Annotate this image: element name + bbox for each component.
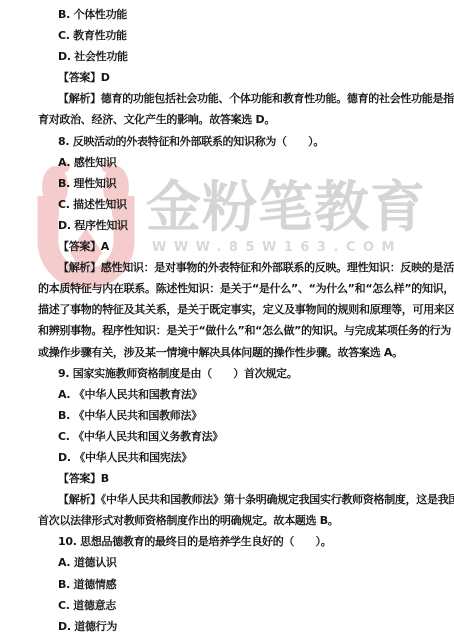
- text-line: 描述了事物的特征及其关系，是关于既定事实，定义及事物间的规则和原理等，可用来区别: [0, 299, 454, 320]
- text-line: A. 感性知识: [0, 152, 454, 173]
- text-line: B. 《中华人民共和国教师法》: [0, 405, 454, 426]
- text-line: 【答案】A: [0, 236, 454, 257]
- text-line: 8. 反映活动的外表特征和外部联系的知识称为（ ）。: [0, 131, 454, 152]
- text-line: 【解析】德育的功能包括社会功能、个体功能和教育性功能。德育的社会性功能是指德: [0, 88, 454, 109]
- text-line: B. 道德情感: [0, 574, 454, 595]
- text-line: B. 理性知识: [0, 173, 454, 194]
- text-line: D. 社会性功能: [0, 46, 454, 67]
- text-line: 育对政治、经济、文化产生的影响。故答案选 D。: [0, 109, 454, 130]
- document-page: 金粉笔教育 WWW.85W163.COM B. 个体性功能C. 教育性功能D. …: [0, 0, 454, 640]
- text-line: C. 道德意志: [0, 595, 454, 616]
- document-body: B. 个体性功能C. 教育性功能D. 社会性功能【答案】D【解析】德育的功能包括…: [0, 0, 454, 640]
- text-line: 或操作步骤有关，涉及某一情境中解决具体问题的操作性步骤。故答案选 A。: [0, 342, 454, 363]
- text-line: B. 个体性功能: [0, 4, 454, 25]
- text-line: D. 程序性知识: [0, 215, 454, 236]
- text-line: A. 《中华人民共和国教育法》: [0, 384, 454, 405]
- text-line: 的本质特征与内在联系。陈述性知识：是关于“是什么”、“为什么”和“怎么样”的知识…: [0, 278, 454, 299]
- text-line: D. 道德行为: [0, 616, 454, 637]
- text-line: 【答案】B: [0, 468, 454, 489]
- text-line: 首次以法律形式对教师资格制度作出的明确规定。故本题选 B。: [0, 510, 454, 531]
- text-line: A. 道德认识: [0, 552, 454, 573]
- text-line: 10. 思想品德教育的最终目的是培养学生良好的（ ）。: [0, 531, 454, 552]
- text-line: 9. 国家实施教师资格制度是由（ ）首次规定。: [0, 363, 454, 384]
- text-line: C. 教育性功能: [0, 25, 454, 46]
- text-line: 【解析】感性知识：是对事物的外表特征和外部联系的反映。理性知识：反映的是活动: [0, 257, 454, 278]
- text-line: D. 《中华人民共和国宪法》: [0, 447, 454, 468]
- text-line: 【解析】《中华人民共和国教师法》第十条明确规定我国实行教师资格制度，这是我国: [0, 489, 454, 510]
- text-line: 和辨别事物。程序性知识：是关于“做什么”和“怎么做”的知识。与完成某项任务的行为: [0, 320, 454, 341]
- text-line: C. 描述性知识: [0, 194, 454, 215]
- text-line: C. 《中华人民共和国义务教育法》: [0, 426, 454, 447]
- text-line: 【答案】D: [0, 67, 454, 88]
